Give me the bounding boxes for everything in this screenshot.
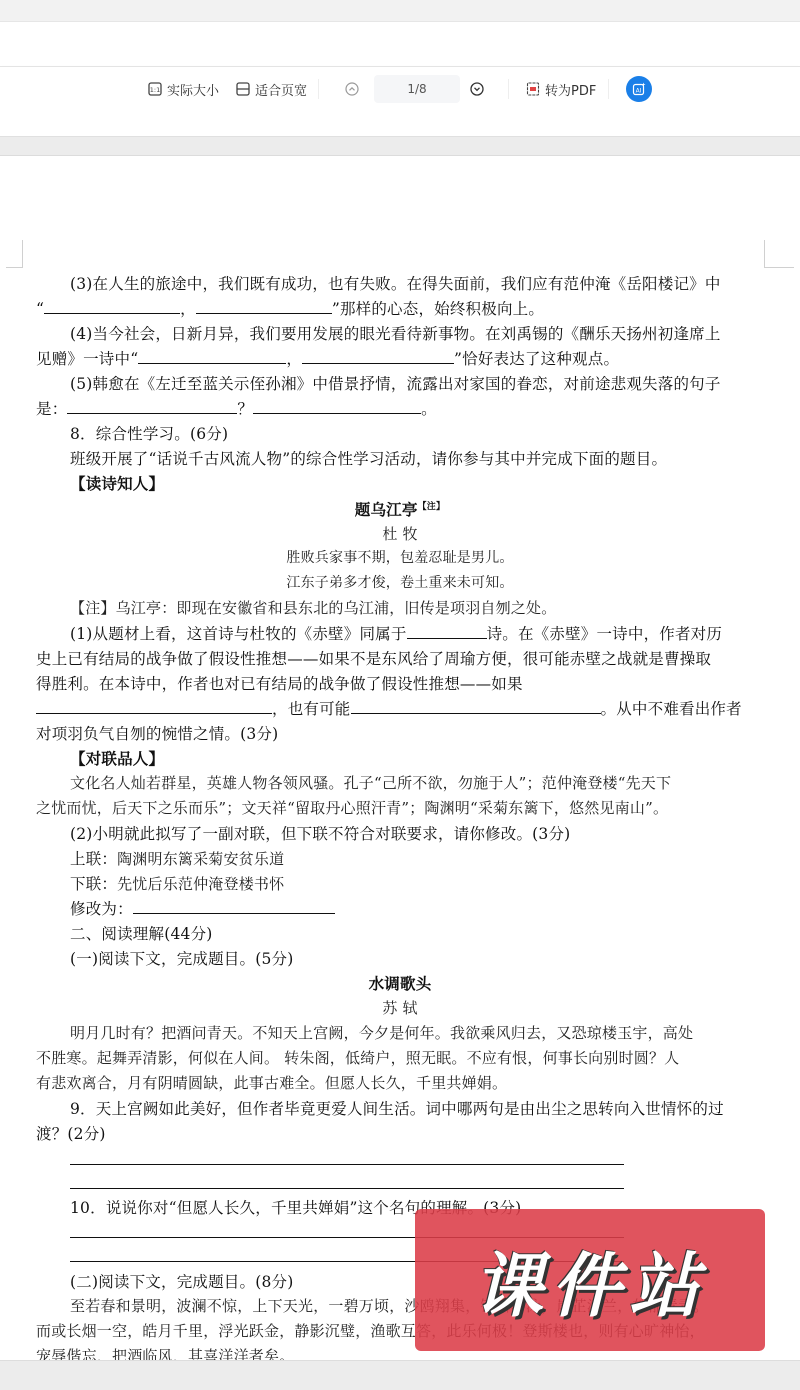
- watermark-text: 课件站: [435, 1230, 745, 1331]
- pdf-file-icon: [526, 82, 540, 96]
- poem2-title: 水调歌头: [0, 972, 800, 994]
- q7-item5-line2: 是：？。: [36, 397, 437, 419]
- page-gap: [0, 136, 800, 156]
- couplet-intro-line1: 文化名人灿若群星，英雄人物各领风骚。孔子“己所不欲，勿施于人”；范仲淹登楼“先天…: [70, 772, 671, 793]
- page-number-input[interactable]: 1/8: [374, 75, 460, 103]
- watermark-stamp: 课件站: [405, 1204, 775, 1362]
- chevron-up-circle-icon: [345, 82, 359, 96]
- poem2-text: 明月几时有？把酒问青天。不知天上宫阙，今夕是何年。我欲乘风归去，又恐琼楼玉宇，高…: [70, 1022, 693, 1043]
- page-corner-mark: [764, 240, 794, 268]
- convert-pdf-button[interactable]: 转为PDF: [526, 77, 596, 101]
- answer-blank[interactable]: [302, 350, 454, 364]
- revise-line: 修改为：: [70, 897, 335, 919]
- poem-author: 杜 牧: [0, 523, 800, 544]
- upper-couplet: 上联：陶渊明东篱采菊安贫乐道: [70, 847, 284, 869]
- toolbar-divider: [318, 79, 319, 99]
- q8-sub1-line4: ，也有可能。从中不难看出作者: [36, 697, 742, 719]
- poem2-text: 有悲欢离合，月有阴晴圆缺，此事古难全。但愿人长久，千里共婵娟。: [36, 1072, 507, 1093]
- actual-size-icon: 1:1: [148, 82, 162, 96]
- poem-line: 胜败兵家事不期，包羞忍耻是男儿。: [0, 547, 800, 567]
- part2-sec1-heading: (一)阅读下文，完成题目。(5分): [70, 947, 293, 969]
- answer-blank[interactable]: [196, 300, 332, 314]
- window-top-strip: [0, 0, 800, 22]
- fit-width-label: 适合页宽: [255, 80, 307, 99]
- poem2-text: 不胜寒。起舞弄清影，何似在人间。 转朱阁，低绮户，照无眠。不应有恨，何事长向别时…: [36, 1047, 679, 1068]
- q7-item5-line1: (5)韩愈在《左迁至蓝关示侄孙湘》中借景抒情，流露出对家国的眷恋，对前途悲观失落…: [70, 372, 721, 394]
- fit-width-button[interactable]: 适合页宽: [236, 77, 307, 101]
- ai-assistant-button[interactable]: AI: [626, 76, 652, 102]
- chevron-down-circle-icon: [470, 82, 484, 96]
- section-read-poem: 【读诗知人】: [70, 472, 164, 494]
- q7-item4-line1: (4)当今社会，日新月异，我们要用发展的眼光看待新事物。在刘禹锡的《酬乐天扬州初…: [70, 322, 721, 344]
- poem-title: 题乌江亭【注】: [0, 498, 800, 520]
- actual-size-label: 实际大小: [167, 80, 219, 99]
- couplet-intro-line2: 之忧而忧，后天下之乐而乐”；文天祥“留取丹心照汗青”；陶渊明“采菊东篱下，悠然见…: [36, 797, 668, 818]
- prose-text: 宠辱偕忘，把酒临风，其喜洋洋者矣。: [36, 1345, 294, 1360]
- q8-sub1-line5: 对项羽负气自刎的惋惜之情。(3分): [36, 722, 278, 744]
- answer-blank[interactable]: [407, 625, 487, 639]
- q8-intro: 班级开展了“话说千古风流人物”的综合性学习活动，请你参与其中并完成下面的题目。: [70, 447, 667, 469]
- answer-line[interactable]: [70, 1188, 624, 1189]
- actual-size-button[interactable]: 1:1 实际大小: [148, 77, 219, 101]
- q7-item3-line2: “，”那样的心态，始终积极向上。: [36, 297, 544, 319]
- toolbar-subbar: [0, 110, 800, 136]
- bottom-bar: [0, 1360, 800, 1390]
- answer-blank[interactable]: [138, 350, 286, 364]
- q8-sub1-line2: 史上已有结局的战争做了假设性推想——如果不是东风给了周瑜方便，很可能赤壁之战就是…: [36, 647, 711, 669]
- fit-width-icon: [236, 82, 250, 96]
- poem2-author: 苏 轼: [0, 997, 800, 1018]
- q8-sub1-line3: 得胜利。在本诗中，作者也对已有结局的战争做了假设性推想——如果: [36, 672, 523, 694]
- answer-blank[interactable]: [36, 700, 272, 714]
- answer-line[interactable]: [70, 1164, 624, 1165]
- poem-line: 江东子弟多才俊，卷土重来未可知。: [0, 572, 800, 592]
- q7-item4-line2: 见赠》一诗中“，”恰好表达了这种观点。: [36, 347, 619, 369]
- q7-item3-line1: (3)在人生的旅途中，我们既有成功，也有失败。在得失面前，我们应有范仲淹《岳阳楼…: [70, 272, 721, 294]
- document-page: (3)在人生的旅途中，我们既有成功，也有失败。在得失面前，我们应有范仲淹《岳阳楼…: [0, 156, 800, 1360]
- q8-sub1-line1: (1)从题材上看，这首诗与杜牧的《赤壁》同属于诗。在《赤壁》一诗中，作者对历: [70, 622, 722, 644]
- q9-line2: 渡？(2分): [36, 1122, 106, 1144]
- q8-sub2-question: (2)小明就此拟写了一副对联，但下联不符合对联要求，请你修改。(3分): [70, 822, 570, 844]
- svg-text:AI: AI: [636, 88, 642, 95]
- lower-couplet: 下联：先忧后乐范仲淹登楼书怀: [70, 872, 284, 894]
- convert-pdf-label: 转为PDF: [545, 80, 596, 99]
- section-couplet: 【对联品人】: [70, 747, 164, 769]
- page-corner-mark: [6, 240, 23, 268]
- ai-icon: AI: [632, 82, 646, 96]
- answer-blank[interactable]: [67, 400, 237, 414]
- page-indicator: 1/8: [407, 82, 426, 96]
- viewer-toolbar: 1:1 实际大小 适合页宽 1/8 转为PDF AI: [0, 66, 800, 110]
- part2-sec2-heading: (二)阅读下文，完成题目。(8分): [70, 1270, 293, 1292]
- answer-blank[interactable]: [44, 300, 180, 314]
- prev-page-button[interactable]: [345, 77, 364, 101]
- part2-heading: 二、阅读理解(44分): [70, 922, 213, 944]
- answer-blank[interactable]: [351, 700, 601, 714]
- toolbar-divider: [608, 79, 609, 99]
- answer-blank[interactable]: [133, 900, 335, 914]
- header-blank-area: [0, 22, 800, 66]
- q9-line1: 9．天上宫阙如此美好，但作者毕竟更爱人间生活。词中哪两句是由出尘之思转向入世情怀…: [70, 1097, 724, 1119]
- next-page-button[interactable]: [470, 77, 489, 101]
- poem-note: 【注】乌江亭：即现在安徽省和县东北的乌江浦，旧传是项羽自刎之处。: [70, 597, 556, 618]
- answer-blank[interactable]: [253, 400, 421, 414]
- toolbar-divider: [508, 79, 509, 99]
- svg-text:1:1: 1:1: [150, 86, 160, 94]
- q8-title: 8．综合性学习。(6分): [70, 422, 228, 444]
